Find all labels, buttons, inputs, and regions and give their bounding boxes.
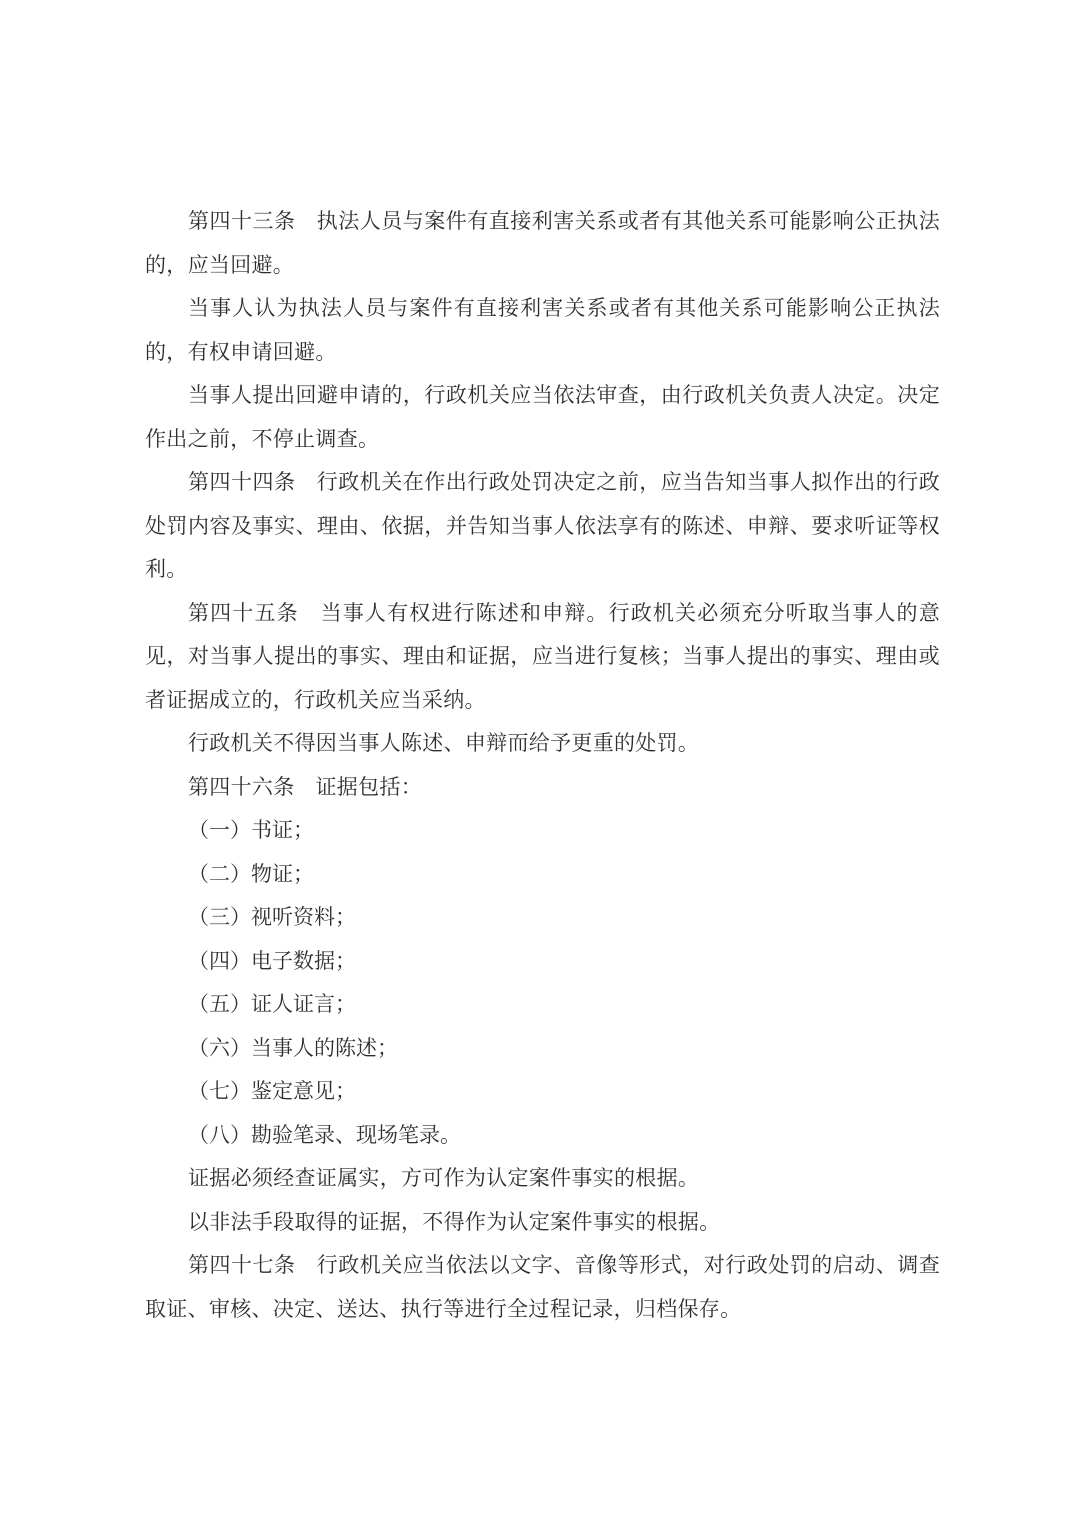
paragraph: 以非法手段取得的证据，不得作为认定案件事实的根据。: [145, 1201, 940, 1245]
article-number: 第四十五条: [188, 601, 299, 625]
paragraph: 行政机关不得因当事人陈述、申辩而给予更重的处罚。: [145, 722, 940, 766]
paragraph-text: 行政机关不得因当事人陈述、申辩而给予更重的处罚。: [188, 731, 699, 755]
article-44-paragraph: 第四十四条行政机关在作出行政处罚决定之前，应当告知当事人拟作出的行政处罚内容及事…: [145, 461, 940, 592]
evidence-item: （一）书证；: [145, 809, 940, 853]
evidence-item: （三）视听资料；: [145, 896, 940, 940]
article-46-paragraph: 第四十六条证据包括：: [145, 766, 940, 810]
paragraph: 当事人提出回避申请的，行政机关应当依法审查，由行政机关负责人决定。决定作出之前，…: [145, 374, 940, 461]
paragraph-text: 证据包括：: [316, 775, 423, 799]
evidence-item: （四）电子数据；: [145, 940, 940, 984]
article-45-paragraph: 第四十五条当事人有权进行陈述和申辩。行政机关必须充分听取当事人的意见，对当事人提…: [145, 592, 940, 723]
paragraph: 证据必须经查证属实，方可作为认定案件事实的根据。: [145, 1157, 940, 1201]
evidence-item: （七）鉴定意见；: [145, 1070, 940, 1114]
evidence-item: （八）勘验笔录、现场笔录。: [145, 1114, 940, 1158]
paragraph-text: 证据必须经查证属实，方可作为认定案件事实的根据。: [188, 1166, 699, 1190]
article-47-paragraph: 第四十七条行政机关应当依法以文字、音像等形式，对行政处罚的启动、调查取证、审核、…: [145, 1244, 940, 1331]
document-page: 第四十三条执法人员与案件有直接利害关系或者有其他关系可能影响公正执法的，应当回避…: [145, 200, 940, 1331]
evidence-item: （六）当事人的陈述；: [145, 1027, 940, 1071]
article-number: 第四十四条: [188, 470, 296, 494]
paragraph: 当事人认为执法人员与案件有直接利害关系或者有其他关系可能影响公正执法的，有权申请…: [145, 287, 940, 374]
article-number: 第四十六条: [188, 775, 295, 799]
article-number: 第四十三条: [188, 209, 296, 233]
paragraph-text: 当事人认为执法人员与案件有直接利害关系或者有其他关系可能影响公正执法的，有权申请…: [145, 296, 940, 364]
article-43-paragraph: 第四十三条执法人员与案件有直接利害关系或者有其他关系可能影响公正执法的，应当回避…: [145, 200, 940, 287]
paragraph-text: 以非法手段取得的证据，不得作为认定案件事实的根据。: [188, 1210, 721, 1234]
paragraph-text: 当事人提出回避申请的，行政机关应当依法审查，由行政机关负责人决定。决定作出之前，…: [145, 383, 940, 451]
evidence-item: （二）物证；: [145, 853, 940, 897]
article-number: 第四十七条: [188, 1253, 296, 1277]
evidence-item: （五）证人证言；: [145, 983, 940, 1027]
